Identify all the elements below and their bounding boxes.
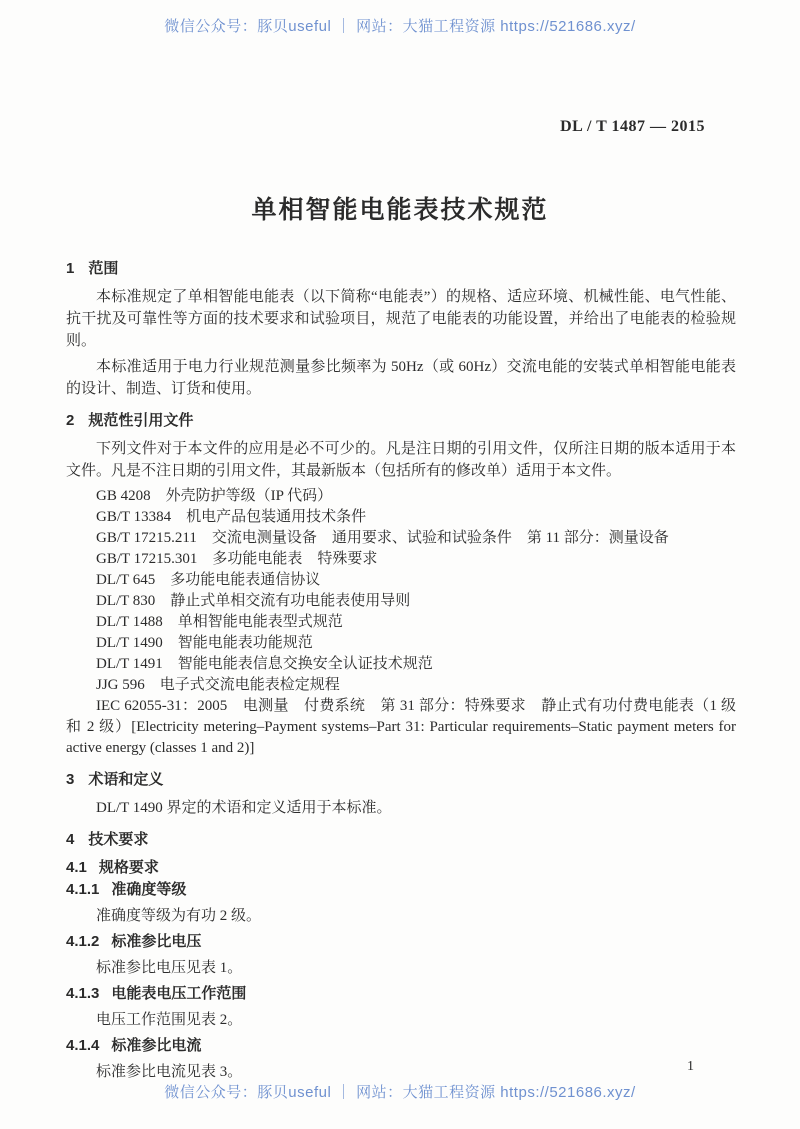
standard-code: DL / T 1487 — 2015	[560, 118, 705, 136]
paragraph-reference-voltage: 标准参比电压见表 1。	[66, 957, 736, 979]
subsection-heading-text: 标准参比电流	[111, 1037, 201, 1054]
section-heading-text: 范围	[88, 260, 118, 277]
page-number: 1	[687, 1059, 694, 1075]
paragraph-accuracy: 准确度等级为有功 2 级。	[66, 905, 736, 927]
watermark-top: 微信公众号：豚贝useful ｜ 网站：大猫工程资源 https://52168…	[0, 15, 800, 36]
subsection-heading-text: 规格要求	[99, 859, 159, 876]
subsection-heading-text: 标准参比电压	[111, 933, 201, 950]
reference-item: GB/T 17215.211 交流电测量设备 通用要求、试验和试验条件 第 11…	[66, 528, 736, 549]
paragraph-scope-2: 本标准适用于电力行业规范测量参比频率为 50Hz（或 60Hz）交流电能的安装式…	[66, 356, 736, 400]
subsection-heading-reference-voltage: 4.1.2标准参比电压	[66, 931, 736, 953]
subsection-heading-text: 电能表电压工作范围	[111, 985, 246, 1002]
reference-item: GB 4208 外壳防护等级（IP 代码）	[66, 486, 736, 507]
subsection-number: 4.1.2	[66, 931, 99, 953]
subsection-heading-voltage-range: 4.1.3电能表电压工作范围	[66, 983, 736, 1005]
section-heading-text: 技术要求	[88, 831, 148, 848]
paragraph-reference-current: 标准参比电流见表 3。	[66, 1061, 736, 1083]
subsection-number: 4.1.3	[66, 983, 99, 1005]
subsection-number: 4.1	[66, 857, 87, 879]
reference-item: DL/T 830 静止式单相交流有功电能表使用导则	[66, 591, 736, 612]
subsection-number: 4.1.1	[66, 879, 99, 901]
section-heading-technical-requirements: 4技术要求	[66, 829, 736, 851]
reference-item: DL/T 1490 智能电能表功能规范	[66, 633, 736, 654]
reference-item: GB/T 13384 机电产品包装通用技术条件	[66, 507, 736, 528]
section-heading-scope: 1范围	[66, 258, 736, 280]
section-number: 2	[66, 410, 74, 432]
section-number: 4	[66, 829, 74, 851]
paragraph-voltage-range: 电压工作范围见表 2。	[66, 1009, 736, 1031]
section-heading-normative-references: 2规范性引用文件	[66, 410, 736, 432]
watermark-bottom: 微信公众号：豚贝useful ｜ 网站：大猫工程资源 https://52168…	[0, 1081, 800, 1102]
reference-item-iec: IEC 62055-31：2005 电测量 付费系统 第 31 部分：特殊要求 …	[66, 696, 736, 759]
reference-item: DL/T 1491 智能电能表信息交换安全认证技术规范	[66, 654, 736, 675]
section-heading-text: 规范性引用文件	[88, 412, 193, 429]
paragraph-terms: DL/T 1490 界定的术语和定义适用于本标准。	[66, 797, 736, 819]
section-number: 1	[66, 258, 74, 280]
subsection-heading-reference-current: 4.1.4标准参比电流	[66, 1035, 736, 1057]
reference-list: GB 4208 外壳防护等级（IP 代码） GB/T 13384 机电产品包装通…	[66, 486, 736, 759]
paragraph-scope-1: 本标准规定了单相智能电能表（以下简称“电能表”）的规格、适应环境、机械性能、电气…	[66, 286, 736, 352]
section-heading-text: 术语和定义	[88, 771, 163, 788]
subsection-heading-accuracy-class: 4.1.1准确度等级	[66, 879, 736, 901]
subsection-heading-spec-requirements: 4.1规格要求	[66, 857, 736, 879]
document-page: 微信公众号：豚贝useful ｜ 网站：大猫工程资源 https://52168…	[0, 0, 800, 1129]
reference-item: GB/T 17215.301 多功能电能表 特殊要求	[66, 549, 736, 570]
paragraph-references-intro: 下列文件对于本文件的应用是必不可少的。凡是注日期的引用文件，仅所注日期的版本适用…	[66, 438, 736, 482]
section-number: 3	[66, 769, 74, 791]
section-heading-terms: 3术语和定义	[66, 769, 736, 791]
subsection-number: 4.1.4	[66, 1035, 99, 1057]
reference-item: DL/T 1488 单相智能电能表型式规范	[66, 612, 736, 633]
document-title: 单相智能电能表技术规范	[0, 190, 800, 226]
document-body: 1范围 本标准规定了单相智能电能表（以下简称“电能表”）的规格、适应环境、机械性…	[66, 252, 736, 1087]
subsection-heading-text: 准确度等级	[111, 881, 186, 898]
reference-item: JJG 596 电子式交流电能表检定规程	[66, 675, 736, 696]
reference-item: DL/T 645 多功能电能表通信协议	[66, 570, 736, 591]
